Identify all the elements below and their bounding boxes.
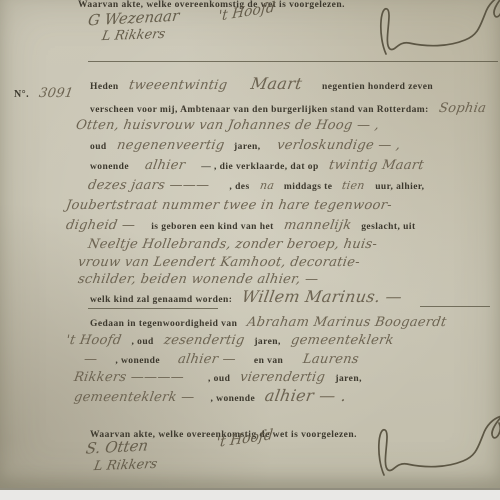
act-line-witness1: Gedaan in tegenwoordigheid van Abraham M…: [88, 314, 451, 332]
act-line-residence: wonende alhier — , die verklaarde, dat o…: [88, 157, 428, 175]
printed-text: Waarvan akte, welke overeenkomstig de we…: [78, 0, 345, 10]
handwritten-text: Joubertstraat nummer twee in hare tegenw…: [65, 198, 393, 213]
act-line-child-name: welk kind zal genaamd worden: Willem Mar…: [88, 289, 406, 308]
handwritten-text: Rikkers ————: [73, 370, 185, 385]
handwritten-text: 't Hoofd: [65, 333, 123, 348]
signature-declarant-bottom: S. Otten: [85, 436, 150, 457]
act-number: N°. 3091: [12, 84, 77, 102]
handwritten-text: gemeenteklerk: [290, 333, 395, 348]
act-line-witness2-intro: — , wonende alhier — en van Laurens: [80, 351, 363, 369]
handwritten-text: alhier — .: [264, 388, 348, 403]
handwritten-text: Willem Marinus. —: [241, 289, 403, 304]
act-number-label: N°.: [14, 89, 29, 100]
printed-text: , oud: [131, 337, 153, 347]
printed-text: verscheen voor mij, Ambtenaar van den bu…: [90, 105, 429, 115]
act-line-birth-time: dezes jaars ——— , des na middags te tien…: [84, 177, 427, 195]
handwritten-text: Sophia: [438, 101, 488, 116]
short-rule-left: [88, 308, 218, 309]
printed-text: en van: [254, 356, 283, 366]
act-line-address: Joubertstraat nummer twee in hare tegenw…: [62, 197, 396, 213]
handwritten-text: vierendertig: [239, 370, 326, 385]
flourish-signature-top: [352, 0, 500, 64]
handwritten-text: mannelijk: [283, 218, 353, 233]
printed-text: , wonende: [210, 394, 255, 404]
act-line-parents-residence: schilder, beiden wonende alhier, —: [74, 271, 322, 287]
printed-text: , des: [229, 182, 249, 192]
handwritten-text: tweeentwintig: [127, 78, 228, 93]
printed-text: , wonende: [115, 356, 160, 366]
flourish-signature-bottom: [350, 414, 500, 486]
act-line-witness2-age: Rikkers ———— , oud vierendertig jaren,: [70, 369, 364, 387]
printed-text: , oud: [208, 374, 230, 384]
printed-text: Gedaan in tegenwoordigheid van: [90, 319, 237, 329]
handwritten-text: vrouw van Leendert Kamhoot, decoratie-: [77, 255, 361, 270]
handwritten-text: alhier —: [177, 352, 237, 367]
handwritten-text: Neeltje Hollebrands, zonder beroep, huis…: [87, 237, 378, 252]
handwritten-text: twintig Maart: [328, 158, 425, 173]
section-divider-rule: [88, 61, 498, 62]
printed-text: jaren,: [335, 374, 362, 384]
printed-text: welk kind zal genaamd worden:: [90, 295, 232, 305]
handwritten-text: schilder, beiden wonende alhier, —: [77, 272, 320, 287]
printed-text: jaren,: [234, 142, 261, 152]
act-line-registrar: verscheen voor mij, Ambtenaar van den bu…: [88, 100, 490, 118]
printed-text: uur, alhier,: [375, 182, 424, 192]
act-line-mother: Neeltje Hollebrands, zonder beroep, huis…: [84, 236, 381, 252]
short-rule-right: [420, 306, 490, 307]
handwritten-text: Maart: [250, 76, 303, 91]
printed-text: middags te: [284, 182, 333, 192]
printed-text: negentien honderd zeven: [322, 82, 433, 92]
printed-text: oud: [90, 142, 107, 152]
printed-text: is geboren een kind van het: [151, 222, 274, 232]
act-line-date: Heden tweeentwintig Maart negentien hond…: [88, 76, 435, 95]
handwritten-text: Otten, huisvrouw van Johannes de Hoog — …: [75, 118, 381, 133]
handwritten-text: gemeenteklerk —: [73, 390, 196, 405]
act-line-witness2-residence: gemeenteklerk — , wonende alhier — .: [70, 388, 351, 407]
act-line-child-sex: digheid — is geboren een kind van het ma…: [62, 217, 418, 235]
signature-witness2-top: L Rikkers: [101, 27, 167, 44]
handwritten-text: tien: [341, 178, 366, 193]
act-line-declarant: Otten, huisvrouw van Johannes de Hoog — …: [72, 117, 383, 133]
handwritten-text: negenenveertig: [115, 138, 225, 153]
act-line-declarant-age: oud negenenveertig jaren, verloskundige …: [88, 137, 404, 155]
handwritten-text: Abraham Marinus Boogaerdt: [246, 315, 448, 330]
handwritten-text: digheid —: [65, 218, 137, 233]
handwritten-text: verloskundige — ,: [275, 138, 401, 153]
handwritten-text: —: [83, 352, 99, 367]
signature-witness2-bottom: L Rikkers: [93, 457, 159, 474]
handwritten-text: dezes jaars ———: [87, 178, 211, 193]
document-photo: { "colors": { "paper": "#c9c5b4", "ink_p…: [0, 0, 500, 500]
printed-text: wonende: [90, 162, 129, 172]
printed-text: geslacht, uit: [361, 222, 415, 232]
act-number-value: 3091: [38, 86, 75, 101]
handwritten-text: alhier: [144, 158, 187, 173]
act-line-witness1-age: 't Hoofd , oud zesendertig jaren, gemeen…: [62, 332, 398, 350]
handwritten-text: Laurens: [302, 352, 360, 367]
printed-text: jaren,: [254, 337, 281, 347]
handwritten-text: na: [258, 178, 275, 193]
printed-text: Heden: [90, 82, 119, 92]
printed-text: — , die verklaarde, dat op: [201, 162, 319, 172]
act-line-father: vrouw van Leendert Kamhoot, decoratie-: [74, 254, 364, 270]
handwritten-text: zesendertig: [163, 333, 246, 348]
